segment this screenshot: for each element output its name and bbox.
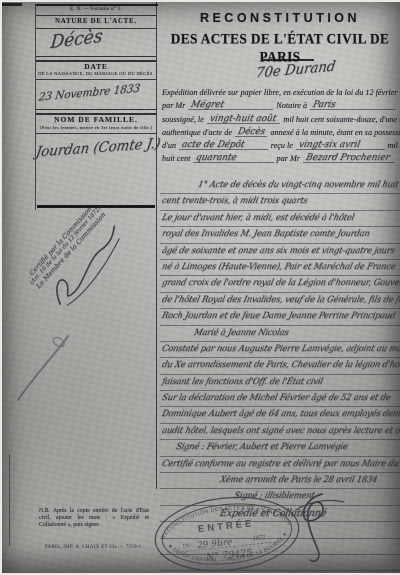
act-line: Dominique Aubert âgé de 64 ans, tous deu…	[160, 407, 400, 423]
scan-edge-mark	[2, 3, 22, 6]
nom-sublabel: (Pour les femmes, mettre en 1er leurs no…	[36, 125, 156, 130]
fill-deed: acte de Dépôt	[179, 140, 268, 150]
nom-label: NOM DE FAMILLE.	[37, 115, 155, 124]
sidebar-rule	[36, 15, 156, 16]
act-line: né à Limoges (Haute-Vienne), Pair et Mar…	[160, 260, 400, 276]
act-line: cent trente-trois, à midi trois quarts	[160, 194, 400, 210]
preamble: Expédition délivrée sur papier libre, en…	[162, 84, 398, 163]
fill-officiant: Bezard Prochenier	[303, 153, 395, 163]
date-label: DATE	[37, 62, 155, 71]
act-line: royal des Invalides M. Jean Baptiste com…	[160, 227, 400, 243]
fill-year: quarante	[193, 153, 273, 163]
act-line: Roch Jourdan et de feue Dame Jeanne Perr…	[160, 309, 400, 325]
preamble-text: huit cent	[162, 154, 190, 163]
stamp-entree-label: ENTRÉE	[198, 518, 255, 535]
sidebar-rule	[36, 133, 156, 134]
act-line: Constaté par nous Auguste Pierre Lamvégi…	[160, 342, 400, 358]
margin-pen-stroke	[10, 330, 76, 406]
formule-note: É. N. — Formule n° 1.	[37, 7, 155, 12]
page-title: RECONSTITUTION	[162, 11, 398, 25]
footnote: N.B. Après la copie entière de l'acte d'…	[39, 508, 149, 529]
fill-date: vingt-huit août	[207, 114, 281, 124]
scanned-civil-record-page: É. N. — Formule n° 1. NATURE DE L'ACTE. …	[0, 0, 400, 575]
preamble-text: mil huit cent soixante-douze, d'une Copi…	[283, 115, 400, 124]
act-line: grand croix de l'ordre royal de la Légio…	[160, 276, 400, 292]
column-divider	[156, 2, 157, 489]
preamble-text: reçu le	[271, 141, 293, 150]
preamble-text: par Mr	[277, 154, 300, 163]
act-line: de l'hôtel Royal des Invalides, veuf de …	[160, 293, 400, 309]
entry-stamp: RECONSTITUTION DES ACTES DE L'ÉTAT CIVIL…	[148, 488, 305, 575]
act-line: Signé : Février, Aubert et Pierre Lamvég…	[160, 440, 400, 456]
act-line: Xème arrondt de Paris le 28 avril 1834	[160, 473, 400, 489]
preamble-text: Notaire à	[276, 101, 307, 110]
act-line: Marié à Jeanne Nicolas	[160, 326, 400, 342]
act-line: faisant les fonctions d'Off. de l'État c…	[160, 375, 400, 391]
stamp-du-label: DU	[183, 543, 192, 550]
preamble-text: authentique d'acte de	[162, 128, 232, 137]
fill-notary-city: Paris	[310, 100, 395, 110]
act-line: Certifié conforme au registre et délivré…	[160, 457, 400, 473]
nature-label: NATURE DE L'ACTE.	[37, 18, 155, 25]
official-signature	[288, 488, 350, 568]
preamble-text: Expédition délivrée sur papier libre, en…	[162, 88, 400, 97]
act-line: 1° Acte de décès du vingt-cinq novembre …	[160, 178, 400, 194]
sidebar-rule	[36, 79, 156, 80]
preamble-text: par Mr	[162, 101, 185, 110]
act-line: Le jour d'avant hier, à midi, est décédé…	[160, 211, 400, 227]
stamp-arc-top: RECONSTITUTION DES ACTES DE L'ÉTAT CIVIL	[158, 499, 293, 540]
preamble-line: huit cent quarante par Mr Bezard Prochen…	[162, 150, 398, 163]
stamp-year: 1872	[252, 534, 266, 542]
fill-notary-name: Mégret	[188, 100, 273, 110]
svg-text:RECONSTITUTION DES ACTES DE L': RECONSTITUTION DES ACTES DE L'ÉTAT CIVIL	[158, 499, 293, 540]
preamble-line: d'un acte de Dépôt reçu le vingt-six avr…	[162, 137, 398, 150]
fill-received-date: vingt-six avril	[296, 140, 385, 150]
act-line: audit hôtel, lesquels ont signé avec nou…	[160, 424, 400, 440]
date-sublabel: DE LA NAISSANCE, DU MARIAGE OU DU DÉCÈS.	[36, 71, 156, 76]
preamble-text: soussigné, le	[162, 115, 204, 124]
preamble-line: authentique d'acte de Décès annexé à la …	[162, 124, 398, 137]
preamble-text: mil	[388, 141, 398, 150]
margin-bracket	[9, 454, 10, 546]
preamble-line: par Mr Mégret Notaire à Paris	[162, 97, 398, 110]
preamble-line: Expédition délivrée sur papier libre, en…	[162, 84, 398, 97]
act-line: Sur la déclaration de Michel Février âgé…	[160, 391, 400, 407]
preamble-line: soussigné, le vingt-huit août mil huit c…	[162, 110, 398, 123]
preamble-text: annexé à la minute, étant en sa possessi…	[270, 128, 400, 137]
act-line: du Xe arrondissement de Paris, Chevalier…	[160, 358, 400, 374]
fill-act-type: Décès	[235, 127, 267, 137]
printer-mark: PARIS, IMP. A. CHAIX ET Cie — 7230-1.	[37, 545, 151, 550]
act-line: âgé de soixante et onze ans six mois et …	[160, 244, 400, 260]
